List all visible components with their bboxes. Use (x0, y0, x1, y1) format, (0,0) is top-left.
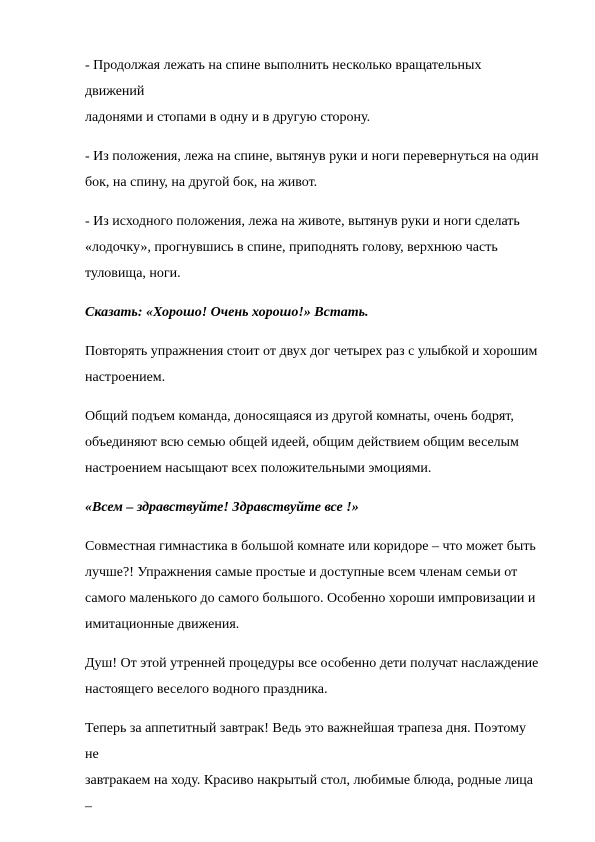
paragraph: - Из исходного положения, лежа на животе… (85, 209, 540, 287)
paragraph: «Всем – здравствуйте! Здравствуйте все !… (85, 495, 540, 521)
document-page: - Продолжая лежать на спине выполнить не… (0, 0, 595, 842)
paragraph: Теперь за аппетитный завтрак! Ведь это в… (85, 716, 540, 820)
paragraph: Повторять упражнения стоит от двух дог ч… (85, 339, 540, 391)
paragraph: Общий подъем команда, доносящаяся из дру… (85, 404, 540, 482)
paragraph: - Продолжая лежать на спине выполнить не… (85, 53, 540, 131)
paragraph: - Из положения, лежа на спине, вытянув р… (85, 144, 540, 196)
paragraph: Сказать: «Хорошо! Очень хорошо!» Встать. (85, 300, 540, 326)
paragraph: Душ! От этой утренней процедуры все особ… (85, 651, 540, 703)
paragraph: Совместная гимнастика в большой комнате … (85, 534, 540, 638)
